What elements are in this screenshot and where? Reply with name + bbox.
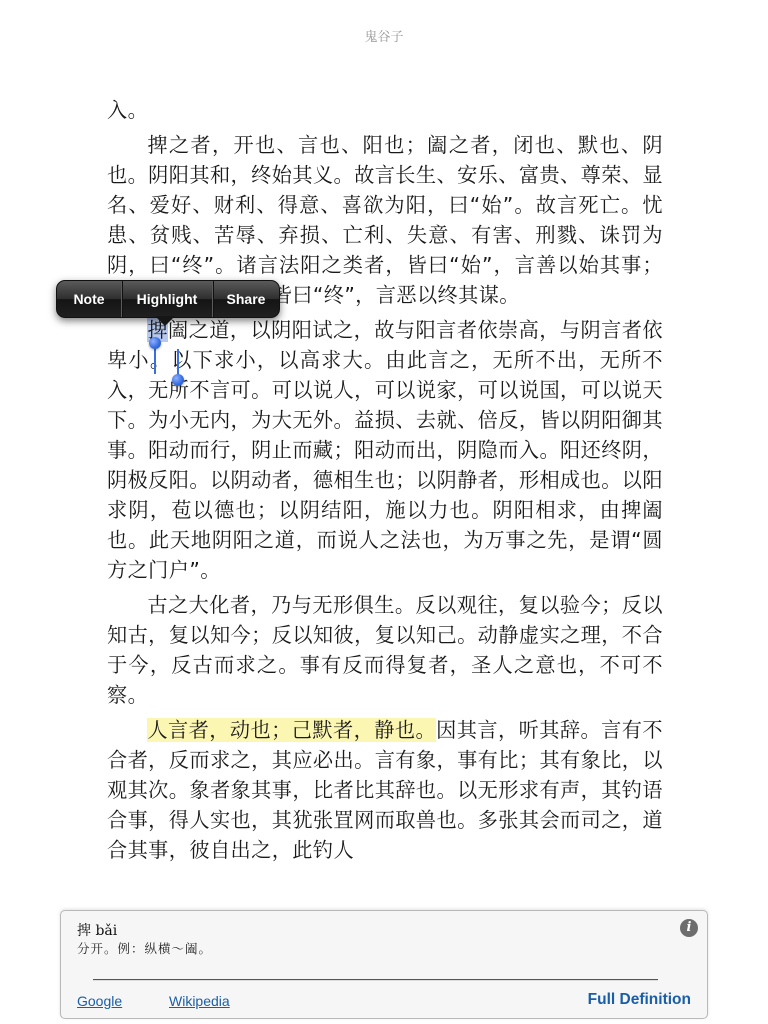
dictionary-panel: 捭 bǎi 分开。例：纵横～阖。 i Google Wikipedia Full… (60, 910, 708, 1019)
paragraph-text: 阖之道，以阴阳试之，故与阳言者依崇高，与阴言者依卑小。以下求小，以高求大。由此言… (107, 318, 663, 582)
full-definition-button[interactable]: Full Definition (588, 991, 691, 1009)
divider (93, 979, 658, 980)
paragraph: 人言者，动也；己默者，静也。因其言，听其辞。言有不合者，反而求之，其应必出。言有… (107, 715, 663, 865)
share-button[interactable]: Share (213, 281, 279, 317)
selection-menu: Note Highlight Share (56, 280, 280, 318)
wikipedia-link[interactable]: Wikipedia (169, 993, 230, 1009)
selection-handle-end[interactable] (172, 374, 184, 386)
selection-bar-start (154, 347, 156, 374)
book-title: 鬼谷子 (0, 26, 768, 45)
info-icon[interactable]: i (680, 919, 698, 937)
selection-handle-start[interactable] (149, 337, 161, 349)
note-button[interactable]: Note (57, 281, 122, 317)
dictionary-definition: 分开。例：纵横～阖。 (77, 939, 212, 957)
paragraph: 捭阖之道，以阴阳试之，故与阳言者依崇高，与阴言者依卑小。以下求小，以高求大。由此… (107, 315, 663, 585)
highlighted-text[interactable]: 人言者，动也；己默者，静也。 (147, 718, 436, 742)
google-link[interactable]: Google (77, 993, 122, 1009)
dictionary-headword: 捭 bǎi (77, 920, 117, 940)
page-text: 入。 捭之者，开也、言也、阳也；阖之者，闭也、默也、阴也。阴阳其和，终始其义。故… (107, 95, 663, 870)
paragraph: 古之大化者，乃与无形俱生。反以观往，复以验今；反以知古，复以知今；反以知彼，复以… (107, 590, 663, 710)
paragraph: 入。 (107, 95, 663, 125)
selection-bar-end (177, 349, 179, 376)
popover-arrow-icon (155, 316, 175, 326)
highlight-button[interactable]: Highlight (122, 281, 213, 317)
